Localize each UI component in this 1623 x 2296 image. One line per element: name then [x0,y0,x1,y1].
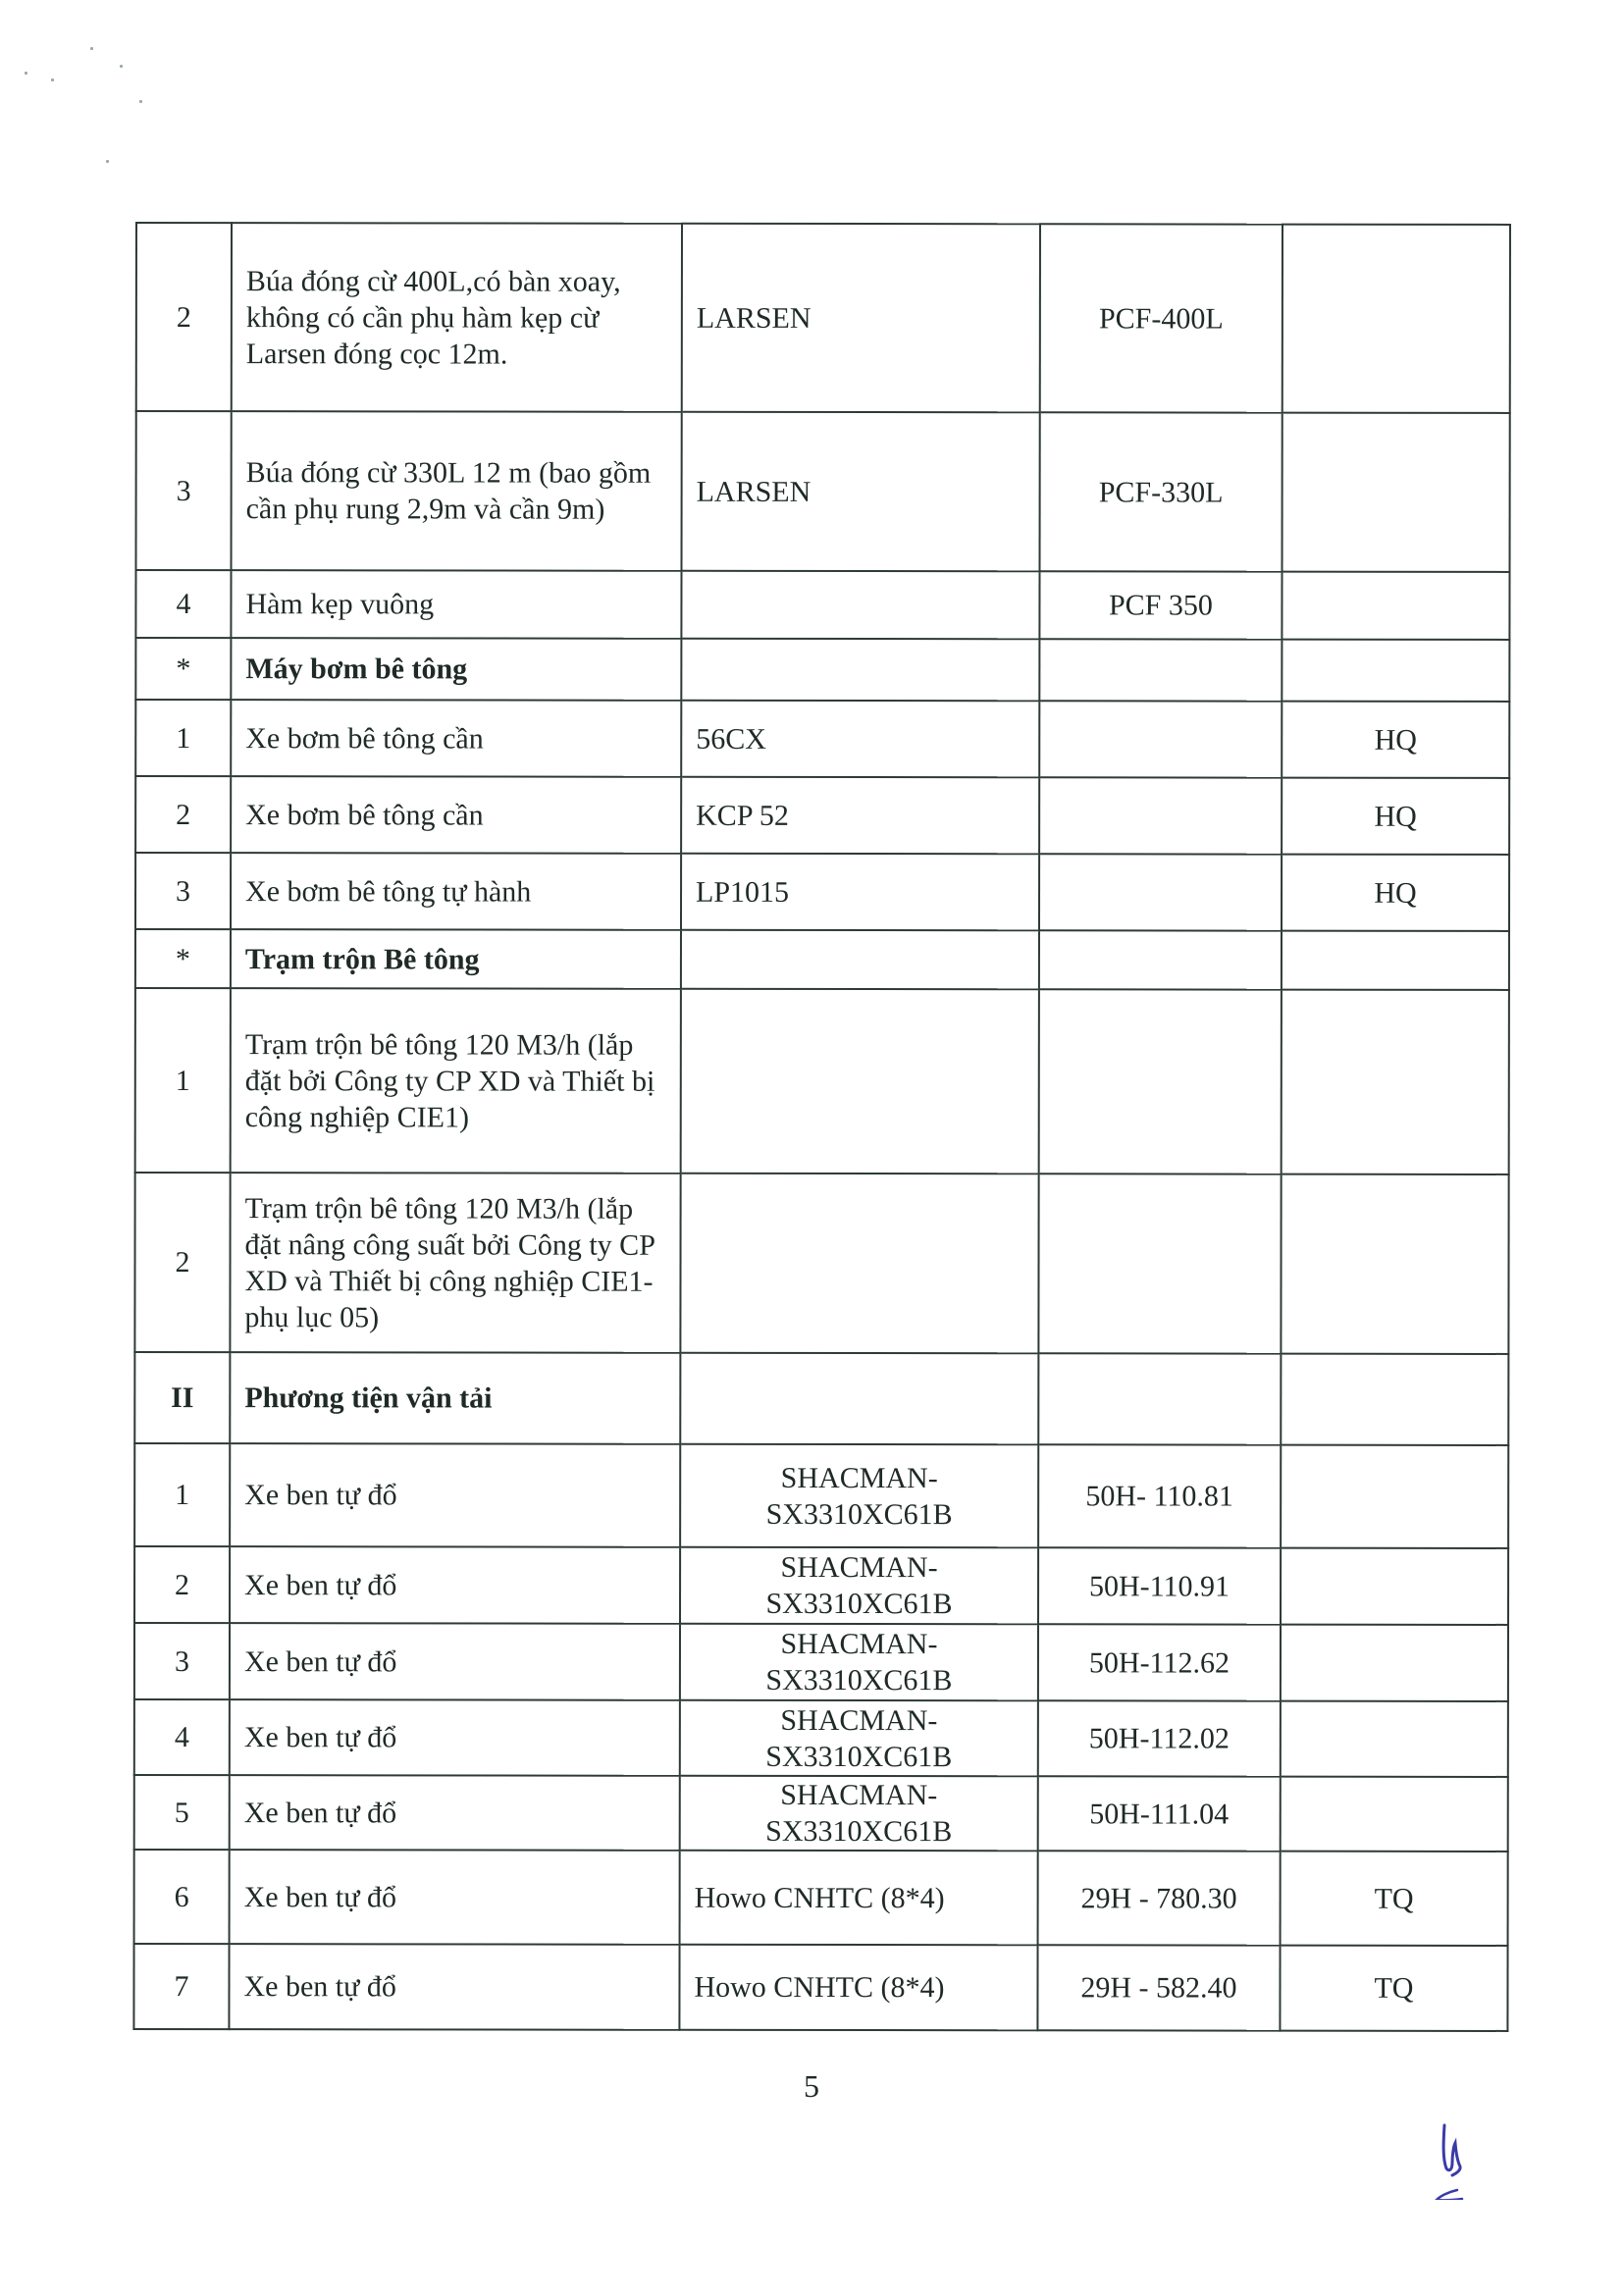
page-number: 5 [0,2068,1623,2105]
brand-model: SHACMAN-SX3310XC61B [680,1444,1038,1548]
item-name: Xe bơm bê tông cần [231,776,681,854]
model-code: 50H-110.91 [1038,1547,1281,1624]
scan-speck [51,78,54,81]
origin [1281,1625,1508,1701]
table-row: 3Xe ben tự đổSHACMAN-SX3310XC61B50H-112.… [134,1623,1508,1701]
origin: HQ [1282,778,1509,855]
table-row: 2Xe bơm bê tông cầnKCP 52HQ [135,776,1509,855]
origin [1281,1777,1508,1852]
item-name: Xe ben tự đổ [230,1850,680,1945]
brand-model: SHACMAN-SX3310XC61B [680,1547,1038,1625]
item-name: Xe ben tự đổ [229,1944,679,2030]
row-number: 1 [135,700,231,776]
handwritten-initials-icon [1435,2121,1503,2200]
model-code [1039,989,1282,1174]
origin [1281,1701,1508,1777]
brand-model: 56CX [681,701,1039,778]
item-name: Trạm trộn Bê tông [231,929,681,989]
brand-model [680,1353,1038,1445]
table-row: 3Búa đóng cừ 330L 12 m (bao gồm cần phụ … [136,411,1510,572]
table-row: 3Xe bơm bê tông tự hànhLP1015HQ [135,853,1509,931]
row-number: 5 [134,1775,230,1850]
brand-model: LARSEN [682,224,1040,413]
model-code [1039,930,1282,989]
item-name: Xe ben tự đổ [230,1623,680,1700]
row-number: * [135,929,231,988]
table-row: 1Trạm trộn bê tông 120 M3/h (lắp đặt bởi… [135,988,1509,1174]
model-code: PCF 350 [1039,571,1282,639]
item-name: Trạm trộn bê tông 120 M3/h (lắp đặt bởi … [231,988,681,1174]
origin [1283,413,1510,572]
scan-speck [25,72,27,75]
row-number: 3 [136,411,232,570]
row-number: 2 [136,223,232,411]
brand-model [681,989,1039,1174]
brand-model: Howo CNHTC (8*4) [680,1851,1038,1946]
model-code [1039,854,1282,930]
model-code [1039,639,1282,701]
model-code: 50H-112.62 [1038,1624,1281,1700]
group-header-row: *Máy bơm bê tông [135,638,1509,702]
model-code: PCF-400L [1040,224,1283,412]
model-code: 50H-111.04 [1038,1776,1281,1851]
row-number: 4 [135,570,231,638]
origin [1281,1445,1508,1548]
row-number: 7 [133,1944,229,2029]
model-code [1038,1174,1281,1353]
row-number: 3 [134,1623,230,1699]
table-row: 7Xe ben tự đổHowo CNHTC (8*4)29H - 582.4… [133,1944,1507,2031]
model-code [1038,1353,1281,1444]
equipment-table: 2Búa đóng cừ 400L,có bàn xoay, không có … [132,222,1511,2032]
origin: HQ [1282,855,1509,931]
row-number: 1 [135,988,231,1173]
row-number: 1 [134,1443,230,1546]
model-code: 50H- 110.81 [1038,1444,1281,1547]
group-header-row: *Trạm trộn Bê tông [135,929,1509,990]
brand-model: LARSEN [682,412,1040,572]
table-row: 4Hàm kẹp vuôngPCF 350 [135,570,1509,640]
model-code: 29H - 780.30 [1038,1851,1281,1945]
brand-model: SHACMAN-SX3310XC61B [680,1700,1038,1777]
origin [1282,572,1509,640]
item-name: Xe bơm bê tông cần [231,700,681,777]
brand-model [681,930,1039,990]
scan-speck [139,100,142,103]
item-name: Búa đóng cừ 330L 12 m (bao gồm cần phụ r… [232,411,682,571]
model-code: PCF-330L [1040,412,1283,571]
table-row: 1Xe ben tự đổSHACMAN-SX3310XC61B50H- 110… [134,1443,1508,1548]
table-row: 2Trạm trộn bê tông 120 M3/h (lắp đặt nân… [134,1173,1508,1354]
row-number: 4 [134,1699,230,1775]
item-name: Xe ben tự đổ [230,1546,680,1624]
origin: HQ [1282,702,1509,778]
origin [1282,931,1509,990]
brand-model: SHACMAN-SX3310XC61B [680,1624,1038,1701]
brand-model: Howo CNHTC (8*4) [679,1945,1037,2031]
item-name: Trạm trộn bê tông 120 M3/h (lắp đặt nâng… [230,1173,680,1353]
item-name: Xe ben tự đổ [230,1775,680,1851]
item-name: Búa đóng cừ 400L,có bàn xoay, không có c… [232,223,682,412]
section-header-row: IIPhương tiện vận tải [134,1352,1508,1445]
table-row: 2Xe ben tự đổSHACMAN-SX3310XC61B50H-110.… [134,1546,1508,1625]
item-name: Hàm kẹp vuông [231,570,681,639]
origin: TQ [1281,1852,1508,1946]
table-row: 2Búa đóng cừ 400L,có bàn xoay, không có … [136,223,1510,413]
origin [1281,1548,1508,1625]
scan-speck [120,65,123,68]
scan-speck [90,47,93,50]
origin [1282,990,1509,1174]
model-code: 29H - 582.40 [1037,1945,1280,2030]
scan-speck [106,160,109,163]
model-code [1039,701,1282,777]
origin [1281,1354,1508,1445]
origin [1282,640,1509,702]
origin [1281,1174,1508,1354]
item-name: Xe ben tự đổ [230,1699,680,1776]
brand-model [681,639,1039,702]
row-number: * [135,638,231,700]
brand-model: LP1015 [681,854,1039,931]
table-row: 1Xe bơm bê tông cần56CXHQ [135,700,1509,778]
origin [1283,225,1510,413]
model-code [1039,777,1282,854]
item-name: Máy bơm bê tông [231,638,681,701]
brand-model: KCP 52 [681,777,1039,855]
row-number: II [134,1352,230,1443]
brand-model [680,1174,1038,1354]
document-page: 2Búa đóng cừ 400L,có bàn xoay, không có … [0,0,1623,2296]
row-number: 6 [134,1850,230,1944]
origin: TQ [1280,1946,1507,2031]
table-row: 5Xe ben tự đổSHACMAN-SX3310XC61B50H-111.… [134,1775,1508,1852]
item-name: Phương tiện vận tải [230,1352,680,1444]
table-row: 6Xe ben tự đổHowo CNHTC (8*4)29H - 780.3… [134,1850,1508,1946]
brand-model [681,571,1039,640]
model-code: 50H-112.02 [1038,1700,1281,1776]
brand-model: SHACMAN-SX3310XC61B [680,1776,1038,1852]
row-number: 2 [134,1546,230,1623]
row-number: 2 [135,776,231,853]
table-row: 4Xe ben tự đổSHACMAN-SX3310XC61B50H-112.… [134,1699,1508,1777]
row-number: 3 [135,853,231,929]
item-name: Xe bơm bê tông tự hành [231,853,681,930]
item-name: Xe ben tự đổ [230,1443,680,1547]
row-number: 2 [134,1173,230,1352]
